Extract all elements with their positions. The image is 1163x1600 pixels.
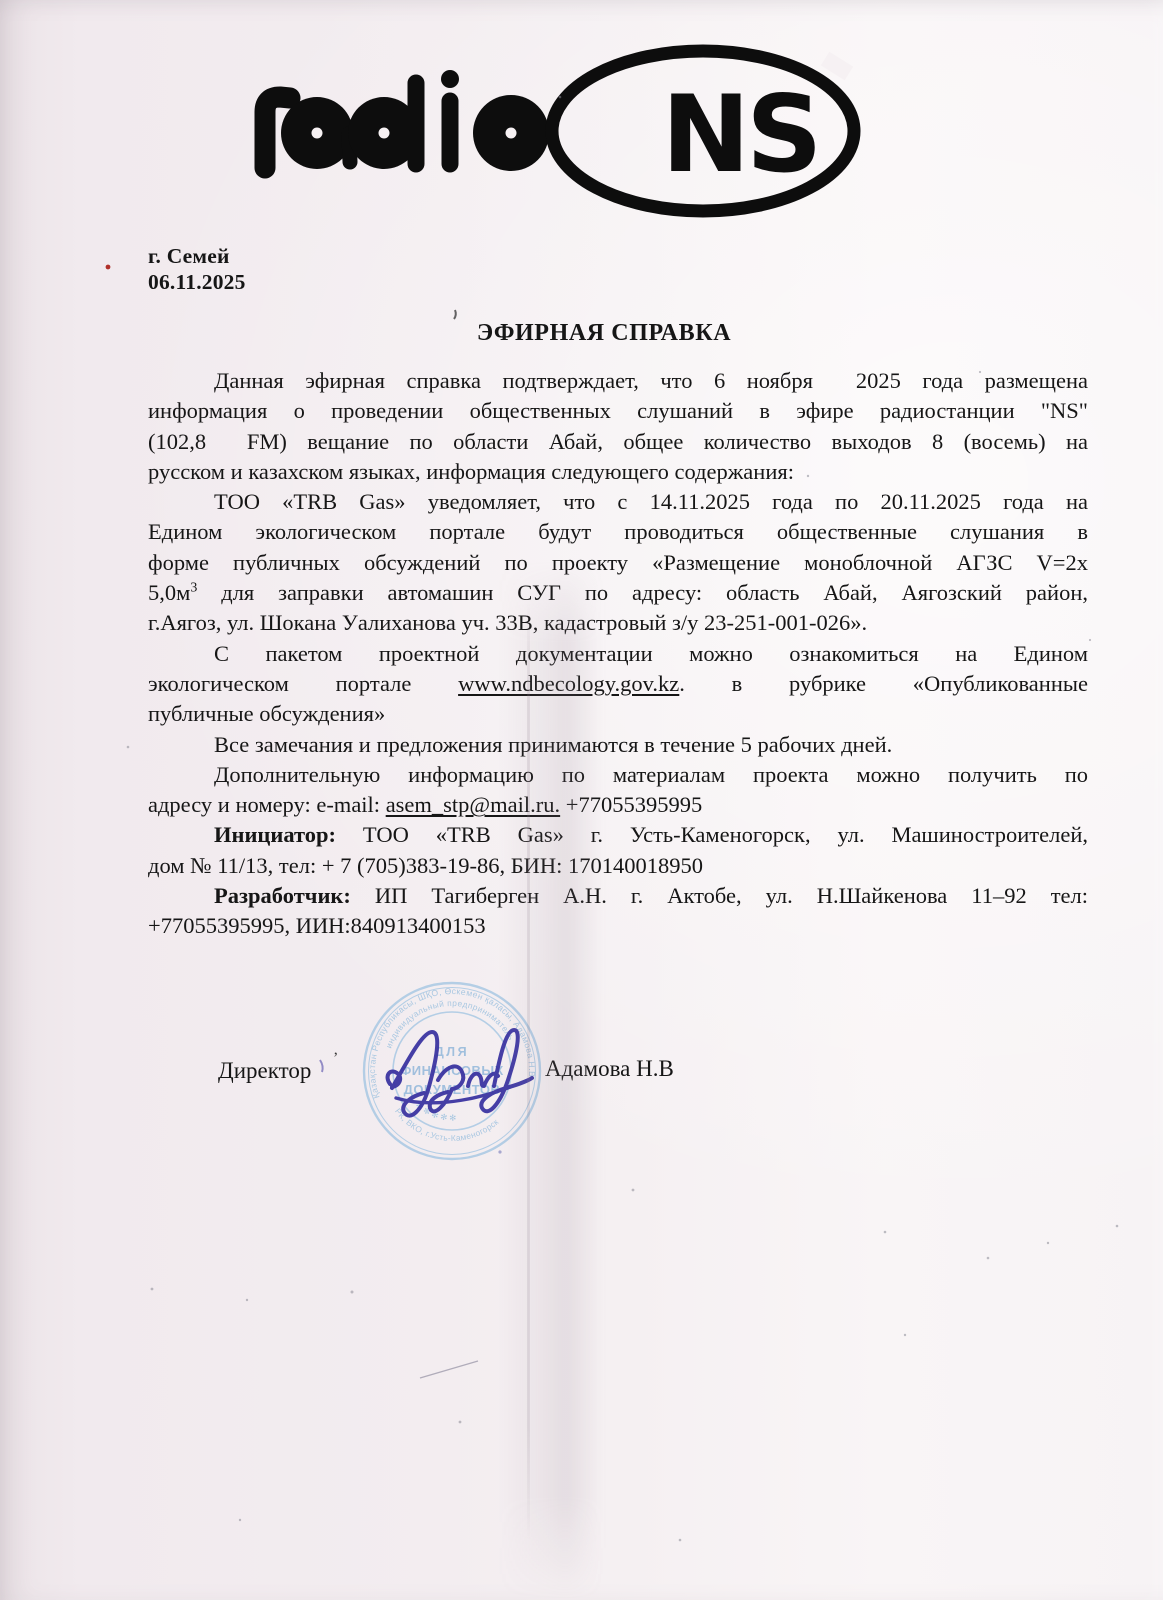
text-line: Данная эфирная справка подтверждает, что…: [148, 366, 1088, 396]
document-title: ЭФИРНАЯ СПРАВКА: [134, 320, 1074, 347]
text-line: информация о проведении общественных слу…: [148, 396, 1088, 426]
portal-url: www.ndbecology.gov.kz: [458, 671, 679, 696]
svg-text:РК, ВКО, г.Усть-Каменогорск: РК, ВКО, г.Усть-Каменогорск: [393, 1106, 501, 1143]
radio-wordmark-icon: [265, 70, 549, 171]
contact-email: asem_stp@mail.ru.: [386, 792, 560, 817]
stamp-inner-text: индивидуальный предприниматель: [383, 998, 516, 1050]
ink-tick: ’: [333, 1050, 338, 1068]
stamp-outer-text: Қазақстан Республикасы, ШҚО, Өскемен қал…: [367, 986, 537, 1100]
text-line: русском и казахском языках, информация с…: [148, 457, 1088, 487]
director-label: Директор: [218, 1058, 311, 1084]
radio-ns-logo: NS: [253, 38, 863, 223]
document-city: г. Семей: [148, 243, 230, 269]
text-line: Все замечания и предложения принимаются …: [148, 730, 1088, 760]
text-line: Дополнительную информацию по материалам …: [148, 760, 1088, 790]
text-line: +77055395995, ИИН:840913400153: [148, 911, 1088, 941]
text-line: Разработчик: ИП Тагиберген А.Н. г. Актоб…: [148, 881, 1088, 911]
text-line: Инициатор: ТОО «TRB Gas» г. Усть-Каменог…: [148, 820, 1088, 850]
document-date: 06.11.2025: [148, 269, 246, 295]
text-line: 5,0м3 для заправки автомашин СУГ по адре…: [148, 578, 1088, 608]
text-line: адресу и номеру: e-mail: asem_stp@mail.r…: [148, 790, 1088, 820]
svg-text:Қазақстан Республикасы, ШҚО, Ө: Қазақстан Республикасы, ШҚО, Өскемен қал…: [367, 986, 537, 1100]
stamp-center-line3: ДОКУМЕНТОВ: [404, 1082, 501, 1097]
scanned-document-page: NS г. Семей 06.11.2025 ЭФИРНАЯ СПРАВКА Д…: [0, 0, 1163, 1600]
text-line: ТОО «TRB Gas» уведомляет, что с 14.11.20…: [148, 487, 1088, 517]
svg-text:индивидуальный предприниматель: индивидуальный предприниматель: [383, 998, 516, 1050]
ns-circle-icon: NS: [552, 51, 854, 211]
text-line: публичные обсуждения»: [148, 699, 1088, 729]
document-body: Данная эфирная справка подтверждает, что…: [148, 366, 1088, 942]
text-line: г.Аягоз, ул. Шокана Уалиханова уч. 33В, …: [148, 608, 1088, 638]
signer-name: Адамова Н.В: [545, 1056, 674, 1082]
ns-letters: NS: [661, 73, 818, 196]
text-line: дом № 11/13, тел: + 7 (705)383-19-86, БИ…: [148, 851, 1088, 881]
text-line: экологическом портале www.ndbecology.gov…: [148, 669, 1088, 699]
text-line: Едином экологическом портале будут прово…: [148, 517, 1088, 547]
stamp-center-line2: ФИНАНСОВЫХ: [400, 1063, 504, 1078]
text-line: С пакетом проектной документации можно о…: [148, 639, 1088, 669]
round-stamp: Қазақстан Республикасы, ШҚО, Өскемен қал…: [357, 976, 547, 1166]
text-line: (102,8 FM) вещание по области Абай, обще…: [148, 427, 1088, 457]
stamp-bottom-text: РК, ВКО, г.Усть-Каменогорск: [393, 1106, 501, 1143]
stamp-center-line1: ДЛЯ: [435, 1045, 469, 1059]
developer-label: Разработчик:: [214, 883, 351, 908]
stamp-stars: ✻ ✻ ✻ ✻ ✻: [414, 1100, 457, 1123]
handwritten-signature: [376, 1022, 536, 1127]
text-line: форме публичных обсуждений по проекту «Р…: [148, 548, 1088, 578]
initiator-label: Инициатор:: [214, 822, 336, 847]
svg-text:✻ ✻ ✻ ✻ ✻: ✻ ✻ ✻ ✻ ✻: [414, 1100, 457, 1123]
